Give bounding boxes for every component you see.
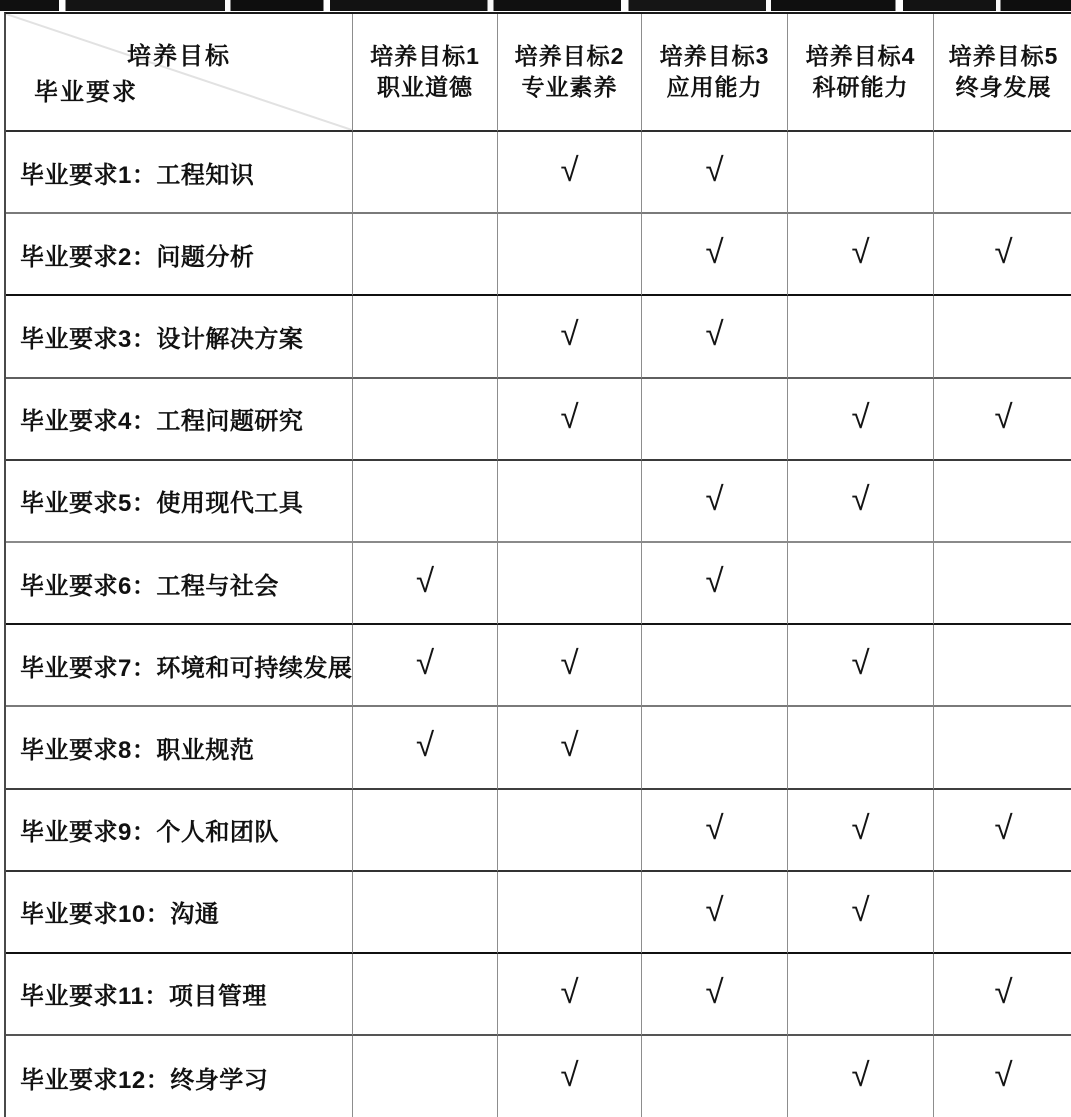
matrix-cell-empty xyxy=(353,379,498,461)
check-mark: √ xyxy=(851,809,869,851)
matrix-cell-empty xyxy=(788,707,934,789)
column-header-line1: 培养目标5 xyxy=(949,41,1059,72)
matrix-cell-empty xyxy=(788,954,934,1036)
matrix-cell-empty xyxy=(498,214,642,296)
column-header-line2: 终身发展 xyxy=(956,72,1052,103)
row-label-1: 毕业要求1：工程知识 xyxy=(6,132,353,214)
matrix-cell-empty xyxy=(353,790,498,872)
check-mark: √ xyxy=(560,726,578,768)
matrix-cell-empty xyxy=(788,132,934,214)
check-mark: √ xyxy=(851,480,869,522)
matrix-cell-empty xyxy=(498,872,642,954)
column-header-line1: 培养目标3 xyxy=(660,41,770,72)
row-label-5: 毕业要求5：使用现代工具 xyxy=(6,461,353,543)
check-mark: √ xyxy=(994,973,1012,1015)
matrix-cell-empty xyxy=(788,296,934,378)
matrix-cell-checked: √ xyxy=(934,214,1071,296)
check-mark: √ xyxy=(560,398,578,440)
matrix-cell-empty xyxy=(934,543,1071,625)
matrix-cell-checked: √ xyxy=(498,707,642,789)
column-header-line2: 职业道德 xyxy=(377,72,473,103)
check-mark: √ xyxy=(416,644,434,686)
matrix-cell-checked: √ xyxy=(788,214,934,296)
matrix-cell-empty xyxy=(642,1036,788,1117)
matrix-cell-empty xyxy=(353,872,498,954)
check-mark: √ xyxy=(994,233,1012,275)
matrix-cell-checked: √ xyxy=(934,1036,1071,1117)
row-label-11: 毕业要求11：项目管理 xyxy=(6,954,353,1036)
check-mark: √ xyxy=(705,891,723,933)
matrix-cell-empty xyxy=(934,296,1071,378)
matrix-cell-checked: √ xyxy=(498,954,642,1036)
matrix-cell-empty xyxy=(353,132,498,214)
row-label-2: 毕业要求2：问题分析 xyxy=(6,214,353,296)
column-header-3: 培养目标3应用能力 xyxy=(642,14,788,132)
matrix-cell-checked: √ xyxy=(788,625,934,707)
matrix-cell-checked: √ xyxy=(788,872,934,954)
check-mark: √ xyxy=(994,398,1012,440)
check-mark: √ xyxy=(705,973,723,1015)
check-mark: √ xyxy=(851,1056,869,1098)
check-mark: √ xyxy=(705,480,723,522)
check-mark: √ xyxy=(851,891,869,933)
matrix-cell-empty xyxy=(642,379,788,461)
matrix-cell-empty xyxy=(353,214,498,296)
check-mark: √ xyxy=(560,1056,578,1098)
column-header-1: 培养目标1职业道德 xyxy=(353,14,498,132)
column-header-line1: 培养目标2 xyxy=(515,41,625,72)
matrix-cell-checked: √ xyxy=(353,707,498,789)
check-mark: √ xyxy=(705,151,723,193)
check-mark: √ xyxy=(560,973,578,1015)
matrix-cell-empty xyxy=(353,461,498,543)
column-header-2: 培养目标2专业素养 xyxy=(498,14,642,132)
check-mark: √ xyxy=(560,151,578,193)
check-mark: √ xyxy=(705,233,723,275)
check-mark: √ xyxy=(416,726,434,768)
matrix-cell-empty xyxy=(498,790,642,872)
matrix-cell-checked: √ xyxy=(498,1036,642,1117)
check-mark: √ xyxy=(994,1056,1012,1098)
matrix-cell-empty xyxy=(788,543,934,625)
matrix-cell-empty xyxy=(642,625,788,707)
corner-bottom-label: 毕业要求 xyxy=(34,72,138,107)
column-header-line1: 培养目标4 xyxy=(806,41,916,72)
matrix-cell-checked: √ xyxy=(788,379,934,461)
matrix-cell-checked: √ xyxy=(934,379,1071,461)
check-mark: √ xyxy=(705,315,723,357)
check-mark: √ xyxy=(560,315,578,357)
column-header-4: 培养目标4科研能力 xyxy=(788,14,934,132)
row-label-12: 毕业要求12：终身学习 xyxy=(6,1036,353,1117)
matrix-cell-checked: √ xyxy=(642,790,788,872)
row-label-9: 毕业要求9：个人和团队 xyxy=(6,790,353,872)
matrix-cell-empty xyxy=(353,1036,498,1117)
matrix-cell-checked: √ xyxy=(642,461,788,543)
row-label-10: 毕业要求10：沟通 xyxy=(6,872,353,954)
matrix-cell-checked: √ xyxy=(934,790,1071,872)
matrix-cell-empty xyxy=(934,707,1071,789)
column-header-line2: 专业素养 xyxy=(522,72,618,103)
matrix-cell-empty xyxy=(642,707,788,789)
matrix-cell-checked: √ xyxy=(353,625,498,707)
matrix-cell-checked: √ xyxy=(498,296,642,378)
matrix-cell-checked: √ xyxy=(934,954,1071,1036)
matrix-cell-empty xyxy=(934,132,1071,214)
check-mark: √ xyxy=(560,644,578,686)
matrix-cell-checked: √ xyxy=(642,132,788,214)
matrix-cell-checked: √ xyxy=(788,1036,934,1117)
matrix-cell-empty xyxy=(353,954,498,1036)
check-mark: √ xyxy=(994,809,1012,851)
row-label-8: 毕业要求8：职业规范 xyxy=(6,707,353,789)
matrix-cell-empty xyxy=(353,296,498,378)
matrix-cell-checked: √ xyxy=(642,872,788,954)
matrix-cell-checked: √ xyxy=(642,954,788,1036)
check-mark: √ xyxy=(416,562,434,604)
column-header-line1: 培养目标1 xyxy=(370,41,480,72)
corner-top-label: 培养目标 xyxy=(6,36,352,71)
matrix-cell-checked: √ xyxy=(498,379,642,461)
matrix-cell-checked: √ xyxy=(353,543,498,625)
corner-header-cell: 培养目标 毕业要求 xyxy=(6,14,353,132)
matrix-cell-empty xyxy=(498,461,642,543)
column-header-5: 培养目标5终身发展 xyxy=(934,14,1071,132)
matrix-cell-checked: √ xyxy=(498,132,642,214)
cropped-title-band xyxy=(0,0,1071,11)
check-mark: √ xyxy=(851,398,869,440)
row-label-7: 毕业要求7：环境和可持续发展 xyxy=(6,625,353,707)
matrix-cell-checked: √ xyxy=(498,625,642,707)
column-header-line2: 应用能力 xyxy=(667,72,763,103)
check-mark: √ xyxy=(851,644,869,686)
matrix-cell-checked: √ xyxy=(642,296,788,378)
matrix-cell-checked: √ xyxy=(642,543,788,625)
column-header-line2: 科研能力 xyxy=(813,72,909,103)
matrix-cell-empty xyxy=(934,872,1071,954)
check-mark: √ xyxy=(705,809,723,851)
matrix-cell-empty xyxy=(498,543,642,625)
row-label-3: 毕业要求3：设计解决方案 xyxy=(6,296,353,378)
objectives-requirements-matrix: 培养目标 毕业要求 培养目标1职业道德培养目标2专业素养培养目标3应用能力培养目… xyxy=(4,12,1071,1117)
check-mark: √ xyxy=(851,233,869,275)
matrix-cell-empty xyxy=(934,461,1071,543)
row-label-6: 毕业要求6：工程与社会 xyxy=(6,543,353,625)
matrix-cell-checked: √ xyxy=(788,461,934,543)
matrix-cell-empty xyxy=(934,625,1071,707)
row-label-4: 毕业要求4：工程问题研究 xyxy=(6,379,353,461)
check-mark: √ xyxy=(705,562,723,604)
matrix-cell-checked: √ xyxy=(642,214,788,296)
matrix-cell-checked: √ xyxy=(788,790,934,872)
